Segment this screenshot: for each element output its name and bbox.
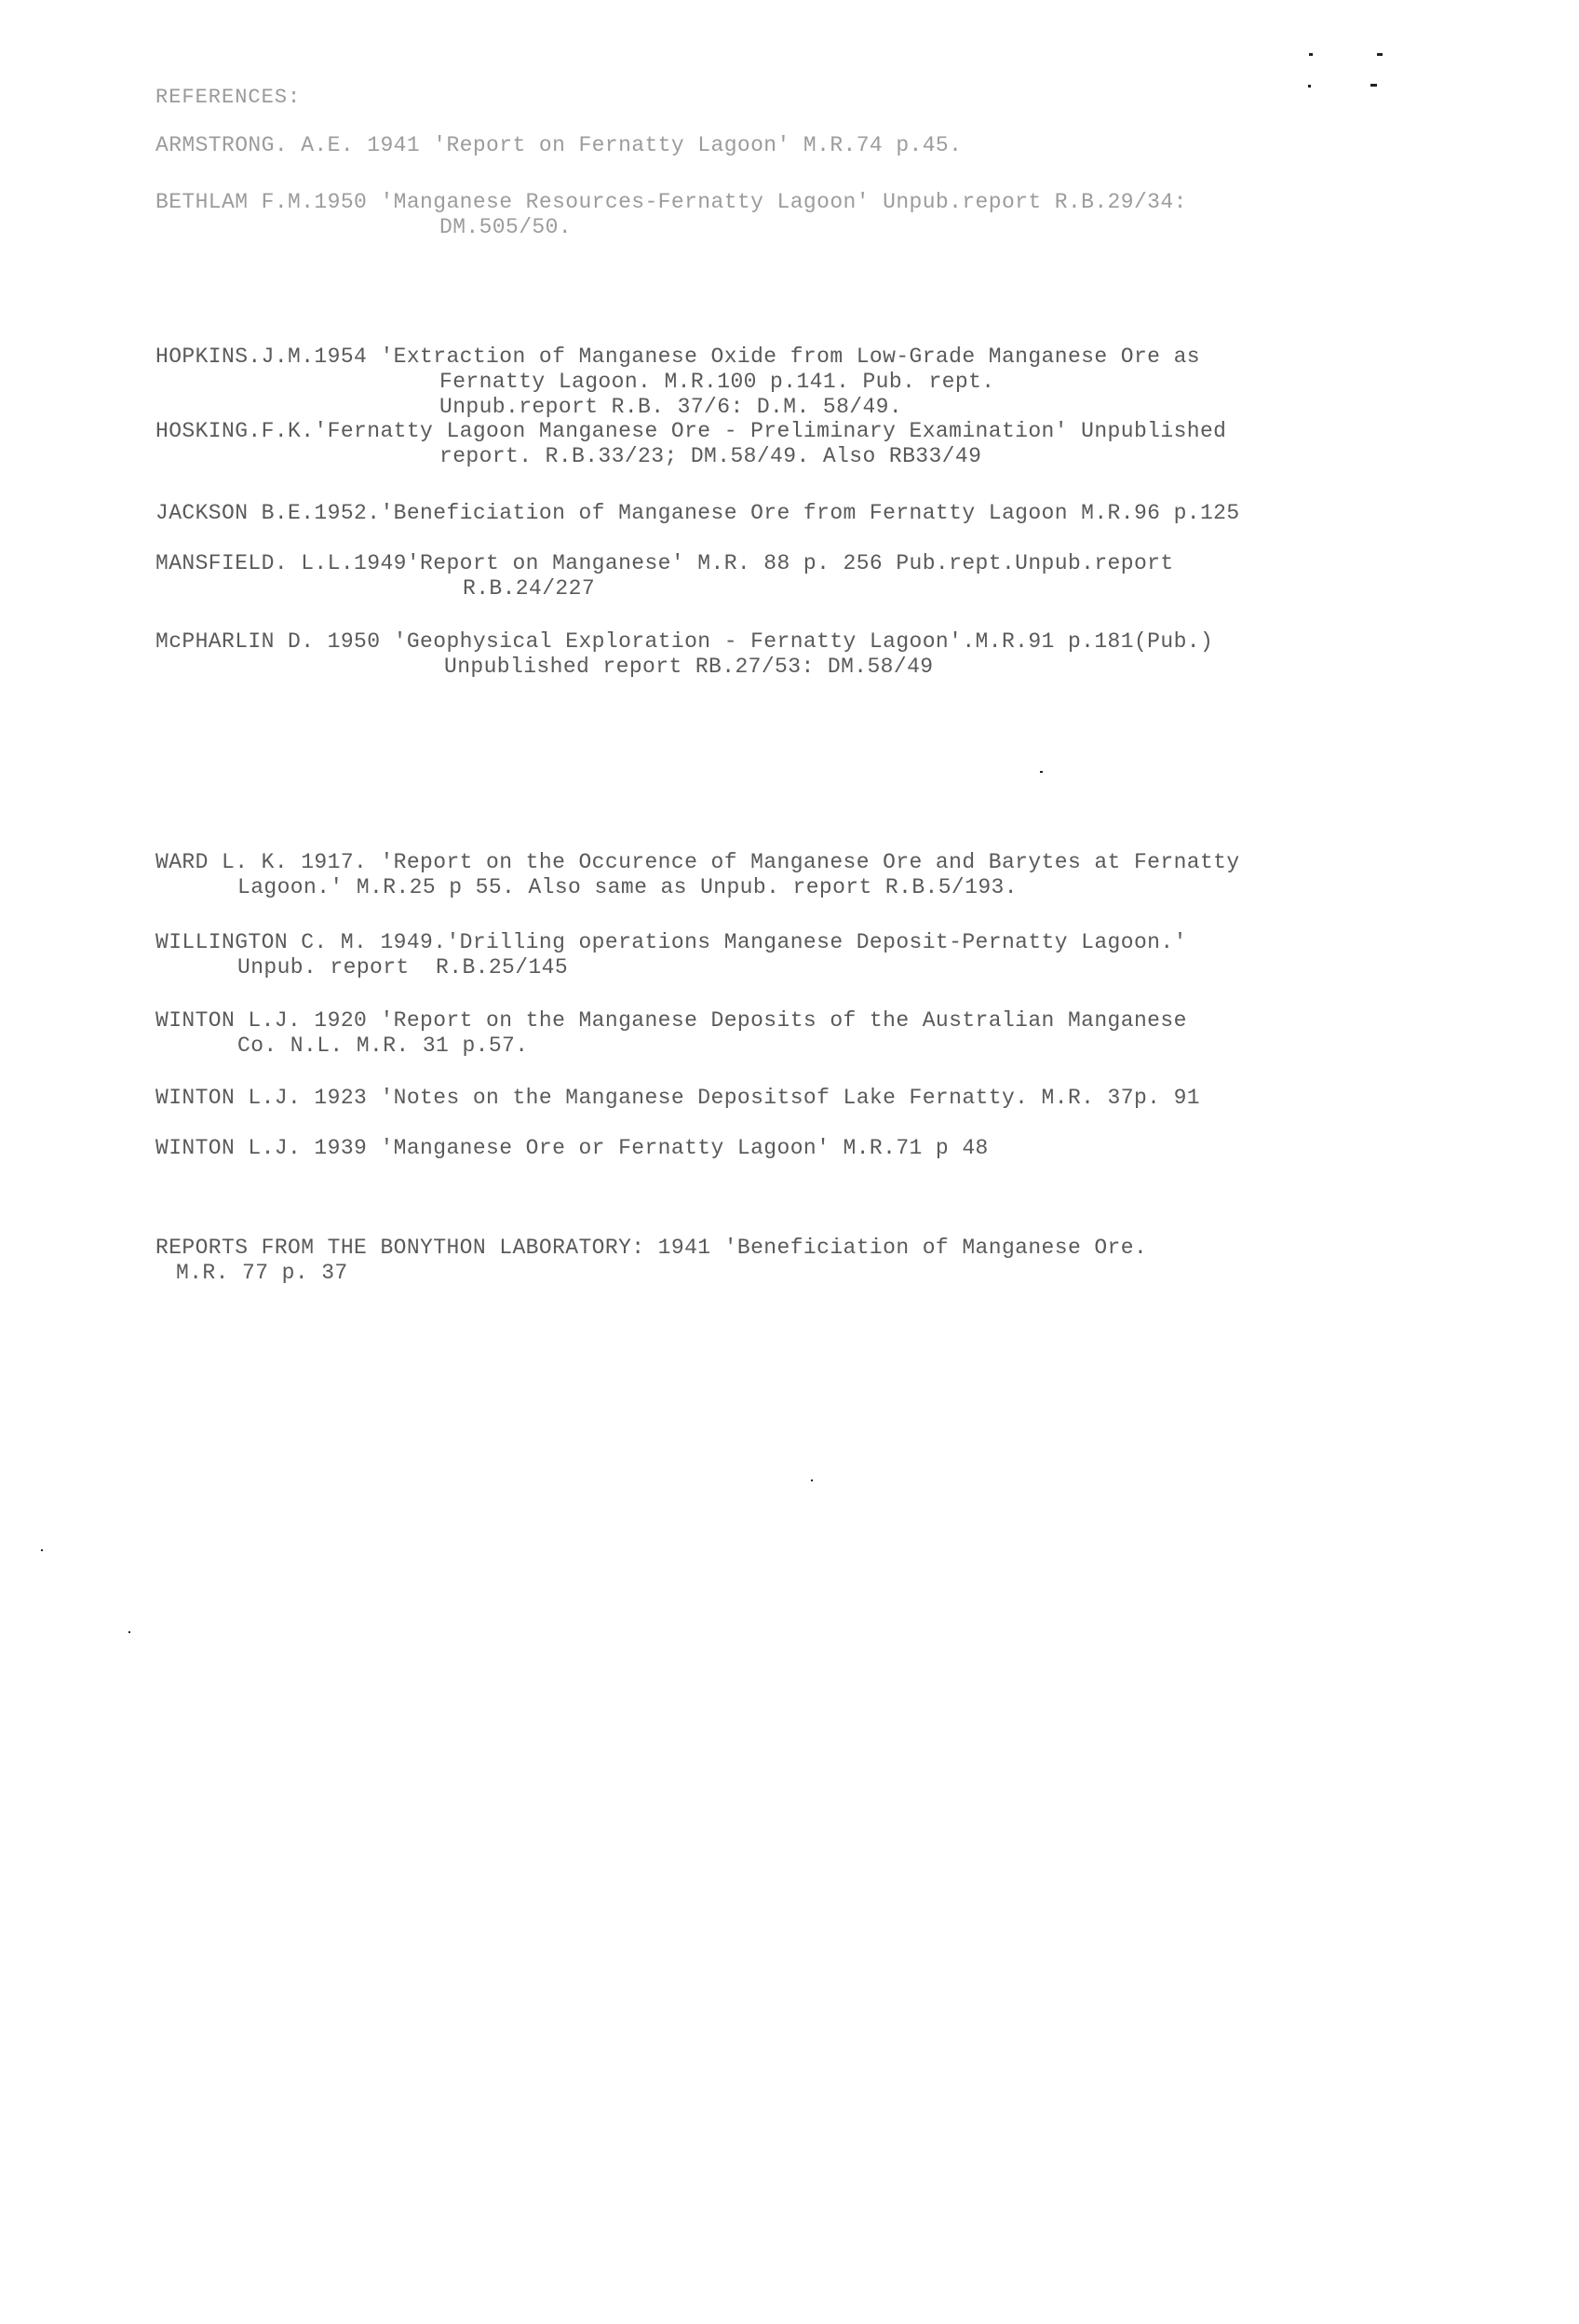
reference-continuation: M.R. 77 p. 37 — [155, 1261, 1147, 1286]
reference-continuation: Unpub.report R.B. 37/6: D.M. 58/49. — [155, 395, 1200, 420]
reference-citation: HOSKING.F.K.'Fernatty Lagoon Manganese O… — [155, 419, 1226, 444]
reference-entry-armstrong-1941: ARMSTRONG. A.E. 1941 'Report on Fernatty… — [155, 133, 962, 158]
scanned-page: REFERENCES: ARMSTRONG. A.E. 1941 'Report… — [0, 0, 1579, 2324]
reference-citation: WARD L. K. 1917. 'Report on the Occurenc… — [155, 850, 1240, 875]
reference-citation: HOPKINS.J.M.1954 'Extraction of Manganes… — [155, 345, 1200, 370]
reference-entry-ward-1917: WARD L. K. 1917. 'Report on the Occurenc… — [155, 850, 1240, 900]
reference-entry-jackson-1952: JACKSON B.E.1952.'Beneficiation of Manga… — [155, 501, 1240, 526]
reference-continuation: Co. N.L. M.R. 31 p.57. — [155, 1034, 1187, 1059]
scan-speck — [1040, 771, 1043, 773]
reference-entry-winton-1923: WINTON L.J. 1923 'Notes on the Manganese… — [155, 1086, 1200, 1111]
references-heading: REFERENCES: — [155, 86, 301, 109]
reference-continuation: Unpublished report RB.27/53: DM.58/49 — [155, 655, 1213, 680]
reference-entry-bethlam-1950: BETHLAM F.M.1950 'Manganese Resources-Fe… — [155, 190, 1187, 240]
scan-speck — [1308, 85, 1311, 88]
reference-entry-willington-1949: WILLINGTON C. M. 1949.'Drilling operatio… — [155, 930, 1187, 980]
reference-entry-winton-1939: WINTON L.J. 1939 'Manganese Ore or Ferna… — [155, 1136, 989, 1161]
scan-speck — [41, 1549, 43, 1551]
reference-citation: MANSFIELD. L.L.1949'Report on Manganese'… — [155, 551, 1174, 576]
reference-entry-mcpharlin-1950: McPHARLIN D. 1950 'Geophysical Explorati… — [155, 629, 1213, 680]
reference-continuation: Fernatty Lagoon. M.R.100 p.141. Pub. rep… — [155, 370, 1200, 395]
reference-citation: ARMSTRONG. A.E. 1941 'Report on Fernatty… — [155, 133, 962, 158]
reference-continuation: Lagoon.' M.R.25 p 55. Also same as Unpub… — [155, 875, 1240, 900]
reference-continuation: Unpub. report R.B.25/145 — [155, 955, 1187, 980]
reference-citation: WINTON L.J. 1939 'Manganese Ore or Ferna… — [155, 1136, 989, 1161]
reference-citation: WILLINGTON C. M. 1949.'Drilling operatio… — [155, 930, 1187, 955]
reference-citation: BETHLAM F.M.1950 'Manganese Resources-Fe… — [155, 190, 1187, 215]
reference-entry-hopkins-1954: HOPKINS.J.M.1954 'Extraction of Manganes… — [155, 345, 1200, 420]
scan-speck — [1309, 53, 1313, 56]
scan-speck — [1370, 84, 1377, 87]
scan-speck — [1377, 53, 1383, 56]
reference-entry-mansfield-1949: MANSFIELD. L.L.1949'Report on Manganese'… — [155, 551, 1174, 601]
reference-citation: REPORTS FROM THE BONYTHON LABORATORY: 19… — [155, 1236, 1147, 1261]
reference-continuation: report. R.B.33/23; DM.58/49. Also RB33/4… — [155, 444, 1226, 469]
reference-citation: JACKSON B.E.1952.'Beneficiation of Manga… — [155, 501, 1240, 526]
reference-citation: WINTON L.J. 1923 'Notes on the Manganese… — [155, 1086, 1200, 1111]
reference-entry-winton-1920: WINTON L.J. 1920 'Report on the Manganes… — [155, 1008, 1187, 1059]
reference-entry-bonython-1941: REPORTS FROM THE BONYTHON LABORATORY: 19… — [155, 1236, 1147, 1286]
scan-speck — [128, 1631, 130, 1633]
reference-continuation: R.B.24/227 — [155, 576, 1174, 601]
reference-citation: WINTON L.J. 1920 'Report on the Manganes… — [155, 1008, 1187, 1034]
scan-speck — [811, 1480, 813, 1481]
reference-continuation: DM.505/50. — [155, 215, 1187, 240]
reference-entry-hosking-fk: HOSKING.F.K.'Fernatty Lagoon Manganese O… — [155, 419, 1226, 469]
reference-citation: McPHARLIN D. 1950 'Geophysical Explorati… — [155, 629, 1213, 655]
